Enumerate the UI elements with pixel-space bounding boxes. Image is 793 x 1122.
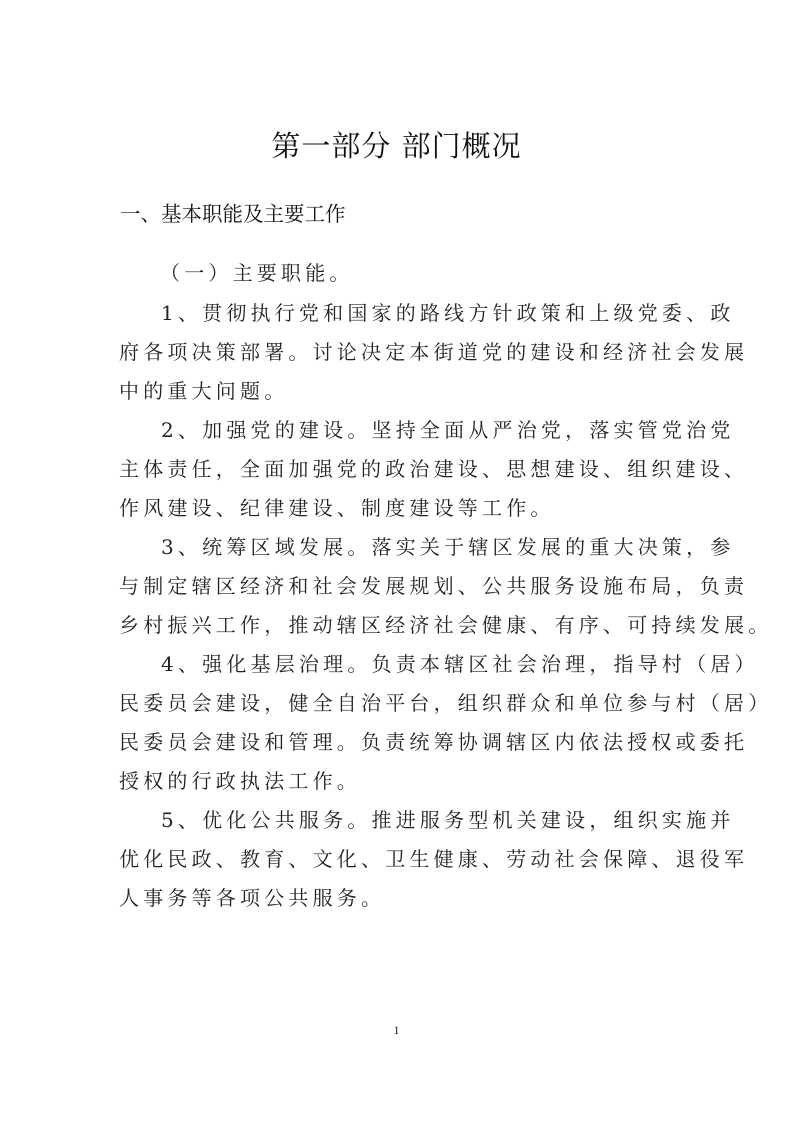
paragraph-line: 1、贯彻执行党和国家的路线方针政策和上级党委、政 (161, 298, 731, 328)
paragraph-line: 作风建设、纪律建设、制度建设等工作。 (119, 493, 689, 523)
paragraph-line: 与制定辖区经济和社会发展规划、公共服务设施布局，负责 (119, 571, 689, 601)
paragraph-line: 2、加强党的建设。坚持全面从严治党，落实管党治党 (161, 415, 731, 445)
paragraph-line: 中的重大问题。 (119, 376, 689, 406)
page-number: 1 (0, 1023, 793, 1037)
paragraph-line: 主体责任，全面加强党的政治建设、思想建设、组织建设、 (119, 454, 689, 484)
paragraph-line: 府各项决策部署。讨论决定本街道党的建设和经济社会发展 (119, 337, 689, 367)
page-title: 第一部分 部门概况 (0, 126, 793, 166)
paragraph-line: 人事务等各项公共服务。 (119, 883, 689, 913)
paragraph-line: 5、优化公共服务。推进服务型机关建设，组织实施并 (161, 805, 731, 835)
paragraph-line: 授权的行政执法工作。 (119, 766, 689, 796)
paragraph-line: 乡村振兴工作，推动辖区经济社会健康、有序、可持续发展。 (119, 610, 689, 640)
paragraph-line: 3、统筹区域发展。落实关于辖区发展的重大决策，参 (161, 532, 731, 562)
paragraph-line: 民委员会建设和管理。负责统筹协调辖区内依法授权或委托 (119, 727, 689, 757)
paragraph-line: 民委员会建设，健全自治平台，组织群众和单位参与村（居） (119, 688, 689, 718)
document-page: 第一部分 部门概况 一、基本职能及主要工作 （一）主要职能。 1、贯彻执行党和国… (0, 0, 793, 1122)
section-heading: 一、基本职能及主要工作 (120, 199, 346, 229)
paragraph-line: 4、强化基层治理。负责本辖区社会治理，指导村（居） (161, 649, 731, 679)
subsection-heading: （一）主要职能。 (160, 258, 730, 288)
paragraph-line: 优化民政、教育、文化、卫生健康、劳动社会保障、退役军 (119, 844, 689, 874)
